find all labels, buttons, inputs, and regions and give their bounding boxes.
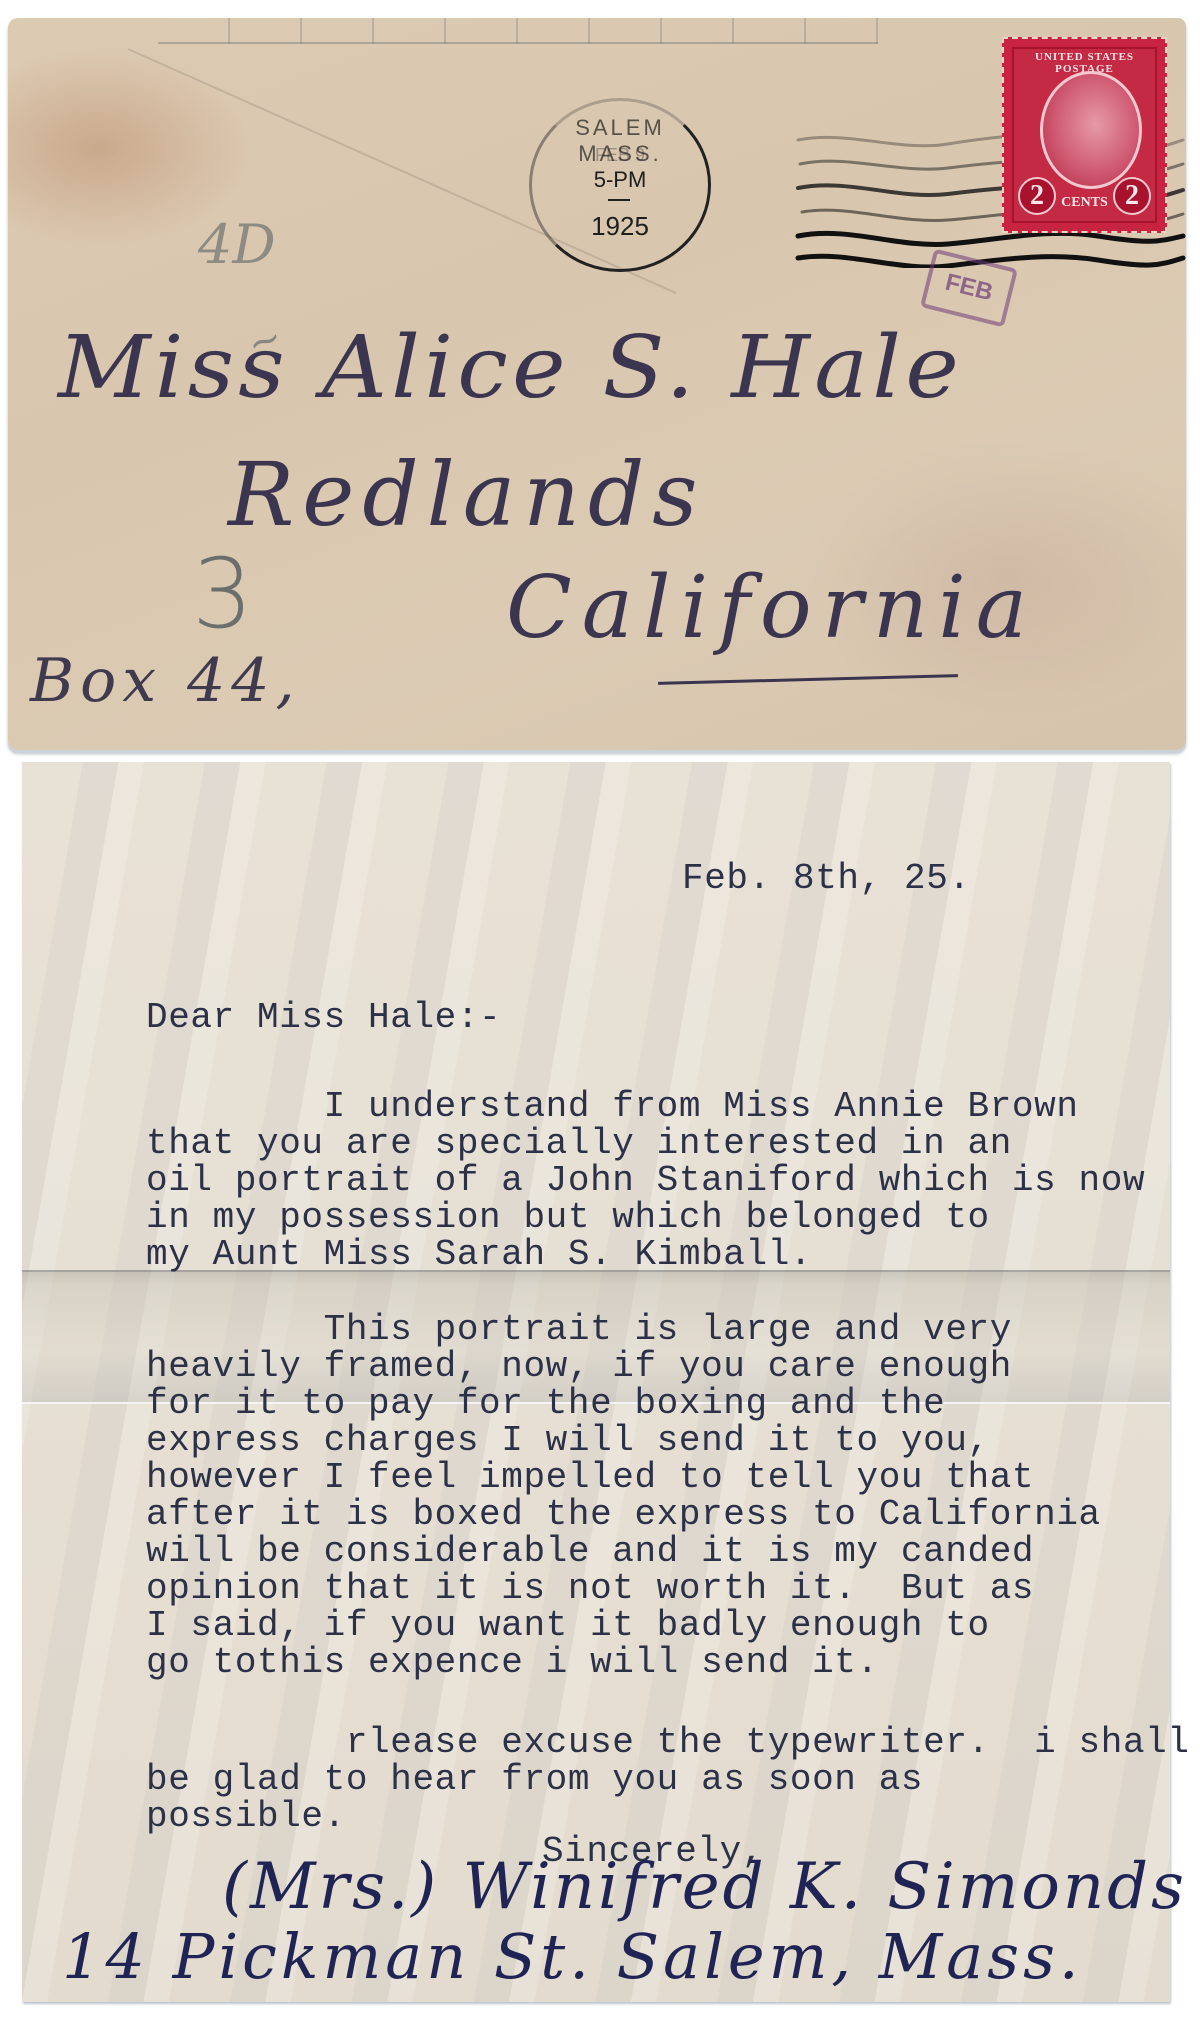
stamp-portrait-icon	[1040, 71, 1142, 189]
stamp-denomination: CENTS	[1054, 195, 1115, 211]
postmark-date: FEB 9	[532, 145, 708, 166]
postmark-time: 5-PM	[532, 167, 708, 193]
handwritten-sender-address: 14 Pickman St. Salem, Mass.	[62, 1920, 1083, 1993]
postmark-dash	[608, 199, 630, 201]
stamp-value-right: 2	[1113, 177, 1151, 215]
recipient-box-number: Box 44,	[30, 646, 301, 716]
letter-date: Feb. 8th, 25.	[682, 860, 971, 897]
recipient-name: Miss Alice S. Hale	[58, 318, 963, 418]
typed-letter: Feb. 8th, 25. Dear Miss Hale:- I underst…	[22, 762, 1170, 2002]
postage-stamp: UNITED STATES POSTAGE 2 CENTS 2	[1002, 37, 1167, 233]
address-underline	[658, 674, 958, 685]
letter-salutation: Dear Miss Hale:-	[146, 999, 501, 1036]
stamp-frame: UNITED STATES POSTAGE 2 CENTS 2	[1012, 47, 1157, 223]
recipient-city: Redlands	[228, 443, 705, 546]
recipient-district-number: 3	[192, 538, 253, 650]
letter-paragraph-3: rlease excuse the typewriter. i shall be…	[146, 1724, 1190, 1835]
letter-paragraph-2: This portrait is large and very heavily …	[146, 1311, 1101, 1681]
pencil-notation: 4D	[198, 213, 276, 276]
handwritten-signature: (Mrs.) Winifred K. Simonds	[222, 1850, 1187, 1924]
recipient-state: California	[506, 558, 1037, 658]
letter-paragraph-1: I understand from Miss Annie Brown that …	[146, 1088, 1145, 1273]
postmark-circle: SALEM MASS. FEB 9 5-PM 1925	[529, 98, 711, 272]
postmark-year: 1925	[532, 211, 708, 242]
envelope-flap-edge	[158, 18, 878, 44]
stamp-value-left: 2	[1018, 177, 1056, 215]
envelope: 4D ~ SALEM MASS. FEB 9 5-PM 1925 UNITED …	[8, 18, 1186, 750]
